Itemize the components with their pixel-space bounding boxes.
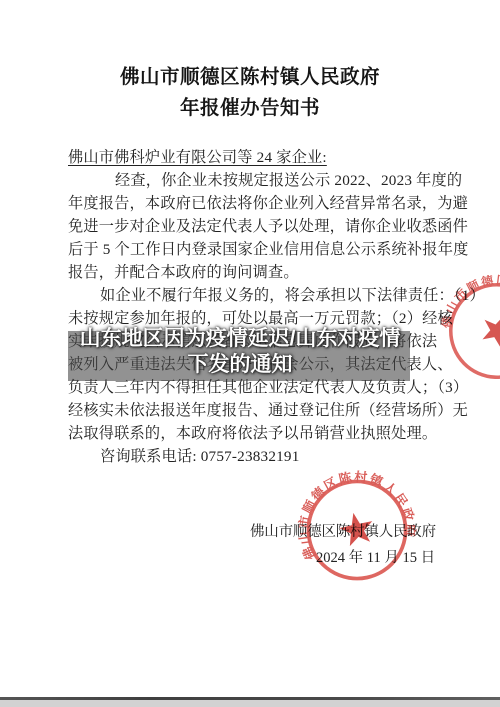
notice-title-line1: 佛山市顺德区陈村镇人民政府 <box>0 61 500 89</box>
body-line: 年度报告，本政府已依法将你企业列入经营异常名录，为避 <box>68 192 464 215</box>
scan-bottom-margin <box>0 700 500 707</box>
overlay-banner-line1: 山东地区因为疫情延迟/山东对疫情 <box>40 326 440 352</box>
body-line: 法取得联系的，本政府将依法予以吊销营业执照处理。 <box>68 422 464 445</box>
body-line: 如企业不履行年报义务的，将会承担以下法律责任：（1） <box>68 284 464 307</box>
overlay-banner-text: 山东地区因为疫情延迟/山东对疫情 下发的通知 <box>40 326 440 378</box>
official-seal-icon: 佛山市顺德区陈村镇人民政府 <box>283 456 430 603</box>
notice-title-line2: 年报催办告知书 <box>0 92 500 120</box>
body-line: 后于 5 个工作日内登录国家企业信用信息公示系统补报年度 <box>68 238 464 261</box>
body-line: 免进一步对企业及法定代表人予以处理，请你企业收悉函件 <box>68 215 464 238</box>
body-line: 经查，你企业未按规定报送公示 2022、2023 年度的 <box>68 169 464 192</box>
notice-body: 佛山市佛科炉业有限公司等 24 家企业:经查，你企业未按规定报送公示 2022、… <box>68 146 464 468</box>
body-line: 报告，并配合本政府的询问调查。 <box>68 261 464 284</box>
overlay-banner-line2: 下发的通知 <box>40 352 440 378</box>
body-line: 经核实未依法报送年度报告、通过登记住所（经营场所）无 <box>68 399 464 422</box>
body-line: 佛山市佛科炉业有限公司等 24 家企业: <box>68 146 464 169</box>
scanned-notice-page: 佛山市顺德区陈村镇人民政府 年报催办告知书 佛山市佛科炉业有限公司等 24 家企… <box>0 0 500 707</box>
